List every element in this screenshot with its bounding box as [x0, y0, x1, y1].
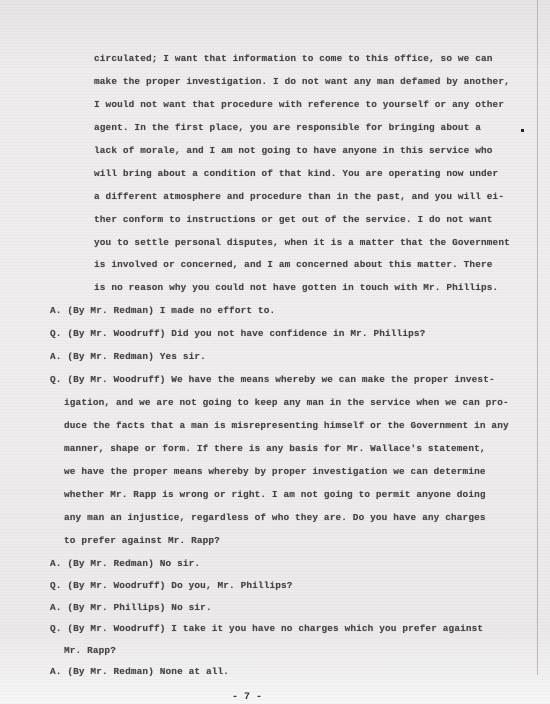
text-line: Mr. Rapp?: [64, 645, 116, 656]
text-line: ther conform to instructions or get out …: [94, 214, 493, 225]
text-line: I would not want that procedure with ref…: [94, 99, 504, 110]
answer-line: A. (By Mr. Phillips) No sir.: [50, 602, 212, 613]
text-line: to prefer against Mr. Rapp?: [64, 535, 220, 546]
text-line: duce the facts that a man is misrepresen…: [64, 420, 509, 431]
text-line: will bring about a condition of that kin…: [94, 168, 498, 179]
question-line: Q. (By Mr. Woodruff) We have the means w…: [50, 374, 495, 385]
text-line: igation, and we are not going to keep an…: [64, 397, 509, 408]
question-line: Q. (By Mr. Woodruff) Do you, Mr. Phillip…: [50, 580, 293, 591]
text-line: circulated; I want that information to c…: [94, 53, 493, 64]
text-line: is involved or concerned, and I am conce…: [94, 259, 493, 270]
text-line: agent. In the first place, you are respo…: [94, 122, 481, 133]
answer-line: A. (By Mr. Redman) No sir.: [50, 558, 200, 569]
text-line: you to settle personal disputes, when it…: [94, 237, 510, 248]
text-line: is no reason why you could not have gott…: [94, 282, 498, 293]
page-number: - 7 -: [232, 692, 262, 703]
document-page: circulated; I want that information to c…: [0, 0, 550, 704]
text-line: we have the proper means whereby by prop…: [64, 466, 486, 477]
question-line: Q. (By Mr. Woodruff) Did you not have co…: [50, 328, 425, 339]
text-line: a different atmosphere and procedure tha…: [94, 191, 504, 202]
answer-line: A. (By Mr. Redman) Yes sir.: [50, 351, 206, 362]
text-line: lack of morale, and I am not going to ha…: [94, 145, 493, 156]
answer-line: A. (By Mr. Redman) I made no effort to.: [50, 305, 275, 316]
page-edge-line: [537, 0, 538, 675]
text-line: whether Mr. Rapp is wrong or right. I am…: [64, 489, 486, 500]
text-line: any man an injustice, regardless of who …: [64, 512, 486, 523]
answer-line: A. (By Mr. Redman) None at all.: [50, 666, 229, 677]
text-line: make the proper investigation. I do not …: [94, 76, 510, 87]
text-line: manner, shape or form. If there is any b…: [64, 443, 486, 454]
punch-mark: [521, 129, 524, 132]
question-line: Q. (By Mr. Woodruff) I take it you have …: [50, 623, 483, 634]
